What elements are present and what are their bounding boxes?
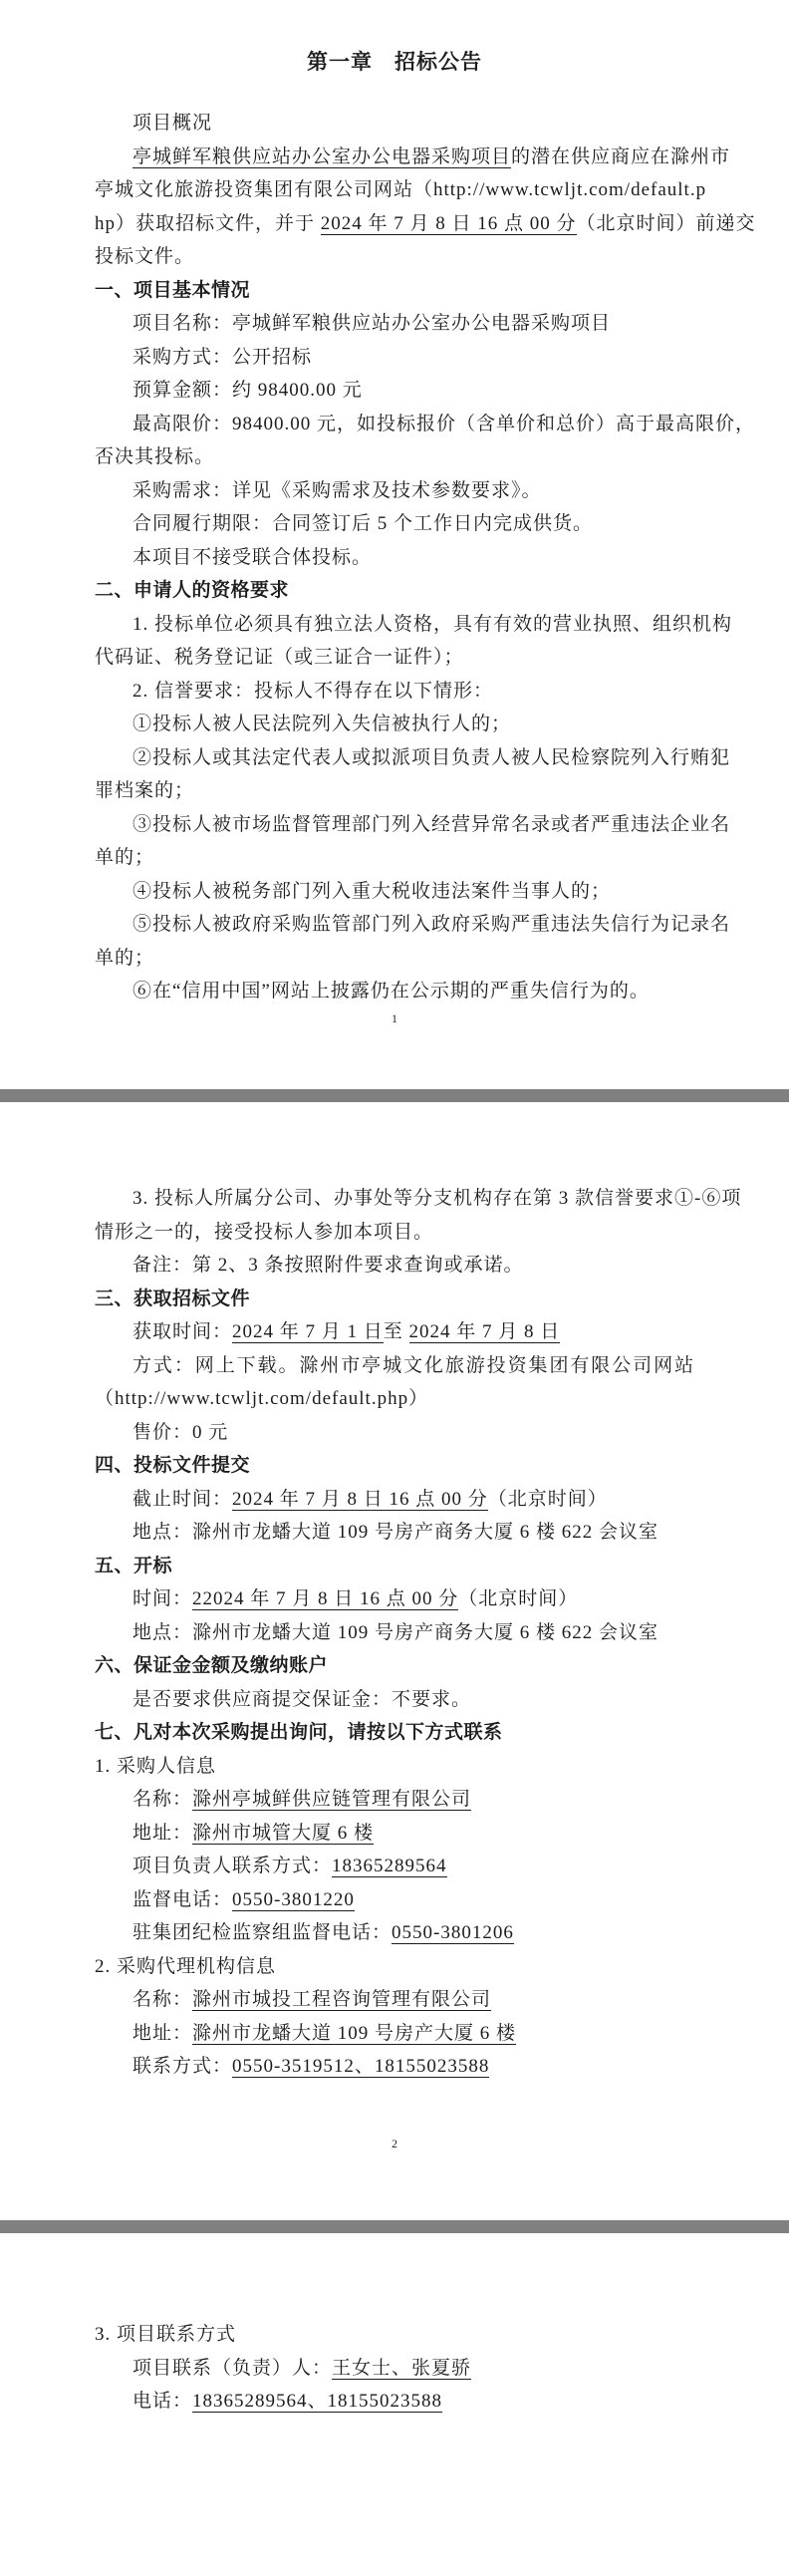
text-line: 最高限价：98400.00 元，如投标报价（含单价和总价）高于最高限价， bbox=[95, 408, 694, 441]
text-segment: 六、保证金金额及缴纳账户 bbox=[95, 1654, 328, 1676]
text-line: 情形之一的，接受投标人参加本项目。 bbox=[95, 1216, 694, 1250]
text-segment: 采购需求：详见《采购需求及技术参数要求》。 bbox=[132, 480, 542, 501]
text-segment: 本项目不接受联合体投标。 bbox=[132, 547, 372, 568]
underlined-text: 0550-3801206 bbox=[392, 1922, 514, 1944]
text-segment: ⑥在“信用中国”网站上披露仍在公示期的严重失信行为的。 bbox=[132, 981, 650, 1002]
text-segment: 3. 投标人所属分公司、办事处等分支机构存在第 3 款信誉要求①-⑥项 bbox=[132, 1188, 741, 1209]
text-line: 售价：0 元 bbox=[95, 1416, 694, 1450]
underlined-text: 0550-3801220 bbox=[232, 1889, 355, 1911]
text-segment: 合同履行期限：合同签订后 5 个工作日内完成供货。 bbox=[132, 513, 593, 534]
text-segment: 驻集团纪检监察组监督电话： bbox=[132, 1922, 392, 1943]
text-line: 地点：滁州市龙蟠大道 109 号房产商务大厦 6 楼 622 会议室 bbox=[95, 1516, 694, 1550]
text-line: 1. 采购人信息 bbox=[95, 1750, 694, 1784]
text-line: 1. 投标单位必须具有独立法人资格，具有有效的营业执照、组织机构 bbox=[95, 608, 694, 642]
text-line: 名称：滁州市城投工程咨询管理有限公司 bbox=[95, 1983, 694, 2017]
text-line: 截止时间：2024 年 7 月 8 日 16 点 00 分（北京时间） bbox=[95, 1483, 694, 1517]
text-line: ②投标人或其法定代表人或拟派项目负责人被人民检察院列入行贿犯 bbox=[95, 741, 694, 775]
underlined-text: 滁州亭城鲜供应链管理有限公司 bbox=[192, 1789, 471, 1811]
text-segment: ⑤投标人被政府采购监管部门列入政府采购严重违法失信行为记录名 bbox=[132, 914, 730, 935]
text-segment: 情形之一的，接受投标人参加本项目。 bbox=[95, 1222, 433, 1243]
text-line: 项目联系（负责）人：王女士、张夏骄 bbox=[95, 2352, 694, 2386]
text-line: 本项目不接受联合体投标。 bbox=[95, 541, 694, 575]
text-segment: 代码证、税务登记证（或三证合一证件）； bbox=[95, 647, 464, 668]
text-segment: 地点：滁州市龙蟠大道 109 号房产商务大厦 6 楼 622 会议室 bbox=[132, 1522, 658, 1543]
text-segment: hp）获取招标文件，并于 bbox=[95, 213, 321, 234]
text-segment: （北京时间） bbox=[458, 1588, 578, 1609]
section-heading: 四、投标文件提交 bbox=[95, 1449, 694, 1483]
underlined-text: 0550-3519512、18155023588 bbox=[232, 2056, 489, 2078]
underlined-text: 滁州市龙蟠大道 109 号房产大厦 6 楼 bbox=[192, 2023, 516, 2045]
text-line: 项目概况 bbox=[95, 107, 694, 141]
text-line: 代码证、税务登记证（或三证合一证件）； bbox=[95, 641, 694, 675]
text-segment: 项目负责人联系方式： bbox=[132, 1856, 332, 1876]
text-line: ⑤投标人被政府采购监管部门列入政府采购严重违法失信行为记录名 bbox=[95, 908, 694, 942]
text-line: ⑥在“信用中国”网站上披露仍在公示期的严重失信行为的。 bbox=[95, 975, 694, 1008]
text-line: 3. 投标人所属分公司、办事处等分支机构存在第 3 款信誉要求①-⑥项 bbox=[95, 1182, 694, 1216]
page-1-content: 项目概况亭城鲜军粮供应站办公室办公电器采购项目的潜在供应商应在滁州市亭城文化旅游… bbox=[0, 107, 789, 1008]
text-segment: 投标文件。 bbox=[95, 246, 194, 267]
text-line: 是否要求供应商提交保证金：不要求。 bbox=[95, 1683, 694, 1717]
text-segment: 备注：第 2、3 条按照附件要求查询或承诺。 bbox=[132, 1255, 524, 1276]
text-segment: 1. 采购人信息 bbox=[95, 1756, 216, 1777]
text-segment: 项目概况 bbox=[132, 113, 212, 134]
text-segment: 获取时间： bbox=[132, 1321, 232, 1342]
text-line: 罪档案的； bbox=[95, 774, 694, 808]
text-segment: 罪档案的； bbox=[95, 780, 194, 801]
section-heading: 七、凡对本次采购提出询问，请按以下方式联系 bbox=[95, 1716, 694, 1750]
text-segment: 是否要求供应商提交保证金：不要求。 bbox=[132, 1689, 471, 1710]
underlined-text: 滁州市城投工程咨询管理有限公司 bbox=[192, 1989, 491, 2011]
page-3-content: 3. 项目联系方式项目联系（负责）人：王女士、张夏骄电话：18365289564… bbox=[0, 2318, 789, 2419]
text-line: 地址：滁州市龙蟠大道 109 号房产大厦 6 楼 bbox=[95, 2017, 694, 2051]
underlined-text: 2024 年 7 月 8 日 bbox=[409, 1321, 561, 1343]
text-line: 时间：22024 年 7 月 8 日 16 点 00 分（北京时间） bbox=[95, 1582, 694, 1616]
document-title: 第一章 招标公告 bbox=[0, 45, 789, 79]
text-segment: 截止时间： bbox=[132, 1489, 232, 1510]
text-line: 亭城文化旅游投资集团有限公司网站（http://www.tcwljt.com/d… bbox=[95, 173, 694, 207]
text-segment: 单的； bbox=[95, 847, 154, 868]
text-segment: 名称： bbox=[132, 1989, 192, 2010]
text-segment: 时间： bbox=[132, 1588, 192, 1609]
underlined-text: 18365289564 bbox=[332, 1856, 447, 1877]
text-segment: 监督电话： bbox=[132, 1889, 232, 1910]
page-number: 2 bbox=[0, 2136, 789, 2151]
section-heading: 一、项目基本情况 bbox=[95, 274, 694, 308]
underlined-text: 王女士、张夏骄 bbox=[332, 2358, 471, 2380]
text-line: 项目名称：亭城鲜军粮供应站办公室办公电器采购项目 bbox=[95, 307, 694, 341]
text-segment: （http://www.tcwljt.com/default.php） bbox=[95, 1388, 428, 1409]
underlined-text: 22024 年 7 月 8 日 16 点 00 分 bbox=[192, 1588, 458, 1610]
page-number: 1 bbox=[0, 1010, 789, 1026]
text-segment: 最高限价：98400.00 元，如投标报价（含单价和总价）高于最高限价， bbox=[132, 414, 755, 434]
text-segment: 售价：0 元 bbox=[132, 1422, 228, 1443]
text-line: 采购方式：公开招标 bbox=[95, 341, 694, 375]
text-segment: 亭城文化旅游投资集团有限公司网站（http://www.tcwljt.com/d… bbox=[95, 179, 706, 200]
text-segment: 2. 采购代理机构信息 bbox=[95, 1956, 276, 1977]
underlined-text: 2024 年 7 月 8 日 16 点 00 分 bbox=[321, 213, 577, 235]
text-segment: ②投标人或其法定代表人或拟派项目负责人被人民检察院列入行贿犯 bbox=[132, 747, 730, 768]
text-segment: 3. 项目联系方式 bbox=[95, 2324, 236, 2345]
text-line: 3. 项目联系方式 bbox=[95, 2318, 694, 2352]
text-line: 联系方式：0550-3519512、18155023588 bbox=[95, 2050, 694, 2084]
text-segment: 方式：网上下载。滁州市亭城文化旅游投资集团有限公司网站 bbox=[132, 1355, 694, 1376]
document-viewer: 第一章 招标公告 项目概况亭城鲜军粮供应站办公室办公电器采购项目的潜在供应商应在… bbox=[0, 0, 789, 2576]
section-heading: 二、申请人的资格要求 bbox=[95, 574, 694, 608]
text-segment: ③投标人被市场监督管理部门列入经营异常名录或者严重违法企业名 bbox=[132, 814, 730, 835]
text-line: 亭城鲜军粮供应站办公室办公电器采购项目的潜在供应商应在滁州市 bbox=[95, 141, 694, 174]
text-segment: 电话： bbox=[132, 2391, 192, 2412]
text-segment: 地址： bbox=[132, 2023, 192, 2044]
text-line: 方式：网上下载。滁州市亭城文化旅游投资集团有限公司网站 bbox=[95, 1349, 694, 1383]
text-segment: 二、申请人的资格要求 bbox=[95, 579, 289, 601]
section-heading: 六、保证金金额及缴纳账户 bbox=[95, 1649, 694, 1683]
text-segment: 采购方式：公开招标 bbox=[132, 347, 312, 368]
text-segment: 1. 投标单位必须具有独立法人资格，具有有效的营业执照、组织机构 bbox=[132, 614, 732, 635]
page-separator bbox=[0, 2220, 789, 2233]
text-line: 备注：第 2、3 条按照附件要求查询或承诺。 bbox=[95, 1249, 694, 1283]
text-line: 项目负责人联系方式：18365289564 bbox=[95, 1850, 694, 1883]
text-line: 投标文件。 bbox=[95, 240, 694, 274]
text-segment: 的潜在供应商应在滁州市 bbox=[511, 146, 730, 167]
text-line: ④投标人被税务部门列入重大税收违法案件当事人的； bbox=[95, 875, 694, 909]
text-segment: 地点：滁州市龙蟠大道 109 号房产商务大厦 6 楼 622 会议室 bbox=[132, 1622, 658, 1643]
text-segment: 地址： bbox=[132, 1823, 192, 1844]
text-line: 采购需求：详见《采购需求及技术参数要求》。 bbox=[95, 474, 694, 508]
text-segment: 五、开标 bbox=[95, 1555, 172, 1576]
text-line: 驻集团纪检监察组监督电话：0550-3801206 bbox=[95, 1916, 694, 1950]
text-line: ③投标人被市场监督管理部门列入经营异常名录或者严重违法企业名 bbox=[95, 808, 694, 842]
document-page-2: 3. 投标人所属分公司、办事处等分支机构存在第 3 款信誉要求①-⑥项情形之一的… bbox=[0, 1102, 789, 2220]
text-line: hp）获取招标文件，并于 2024 年 7 月 8 日 16 点 00 分（北京… bbox=[95, 207, 694, 241]
text-segment: ④投标人被税务部门列入重大税收违法案件当事人的； bbox=[132, 881, 611, 902]
text-segment: （北京时间）前递交 bbox=[577, 213, 756, 234]
text-segment: ①投标人被人民法院列入失信被执行人的； bbox=[132, 714, 511, 734]
section-heading: 五、开标 bbox=[95, 1550, 694, 1583]
underlined-text: 2024 年 7 月 8 日 16 点 00 分 bbox=[232, 1489, 488, 1511]
text-line: 名称：滁州亭城鲜供应链管理有限公司 bbox=[95, 1783, 694, 1817]
text-line: 电话：18365289564、18155023588 bbox=[95, 2385, 694, 2419]
document-page-1: 第一章 招标公告 项目概况亭城鲜军粮供应站办公室办公电器采购项目的潜在供应商应在… bbox=[0, 0, 789, 1089]
underlined-text: 18365289564、18155023588 bbox=[192, 2391, 442, 2413]
text-segment: 单的； bbox=[95, 948, 154, 969]
text-segment: 四、投标文件提交 bbox=[95, 1454, 250, 1476]
underlined-text: 亭城鲜军粮供应站办公室办公电器采购项目 bbox=[132, 146, 511, 168]
text-line: 2. 采购代理机构信息 bbox=[95, 1950, 694, 1984]
text-line: （http://www.tcwljt.com/default.php） bbox=[95, 1382, 694, 1416]
text-line: 地点：滁州市龙蟠大道 109 号房产商务大厦 6 楼 622 会议室 bbox=[95, 1616, 694, 1650]
text-segment: 项目联系（负责）人： bbox=[132, 2358, 332, 2379]
underlined-text: 2024 年 7 月 1 日 bbox=[232, 1321, 384, 1343]
text-line: 地址：滁州市城管大厦 6 楼 bbox=[95, 1817, 694, 1851]
text-segment: （北京时间） bbox=[488, 1489, 608, 1510]
text-line: 预算金额：约 98400.00 元 bbox=[95, 374, 694, 408]
text-segment: 至 bbox=[384, 1321, 409, 1342]
text-line: 获取时间：2024 年 7 月 1 日至 2024 年 7 月 8 日 bbox=[95, 1315, 694, 1349]
text-segment: 三、获取招标文件 bbox=[95, 1288, 250, 1309]
text-segment: 项目名称：亭城鲜军粮供应站办公室办公电器采购项目 bbox=[132, 313, 611, 334]
text-segment: 预算金额：约 98400.00 元 bbox=[132, 380, 363, 401]
text-line: 监督电话：0550-3801220 bbox=[95, 1883, 694, 1917]
document-page-3: 3. 项目联系方式项目联系（负责）人：王女士、张夏骄电话：18365289564… bbox=[0, 2233, 789, 2576]
text-segment: 2. 信誉要求：投标人不得存在以下情形： bbox=[132, 681, 493, 702]
text-line: 单的； bbox=[95, 841, 694, 875]
text-segment: 联系方式： bbox=[132, 2056, 232, 2077]
page-separator bbox=[0, 1089, 789, 1102]
page-2-content: 3. 投标人所属分公司、办事处等分支机构存在第 3 款信誉要求①-⑥项情形之一的… bbox=[0, 1182, 789, 2084]
text-segment: 七、凡对本次采购提出询问，请按以下方式联系 bbox=[95, 1721, 503, 1743]
text-segment: 名称： bbox=[132, 1789, 192, 1810]
text-line: ①投标人被人民法院列入失信被执行人的； bbox=[95, 708, 694, 741]
underlined-text: 滁州市城管大厦 6 楼 bbox=[192, 1823, 374, 1845]
text-line: 2. 信誉要求：投标人不得存在以下情形： bbox=[95, 675, 694, 709]
section-heading: 三、获取招标文件 bbox=[95, 1283, 694, 1316]
text-line: 否决其投标。 bbox=[95, 440, 694, 474]
text-line: 单的； bbox=[95, 942, 694, 976]
text-segment: 一、项目基本情况 bbox=[95, 279, 250, 301]
text-line: 合同履行期限：合同签订后 5 个工作日内完成供货。 bbox=[95, 507, 694, 541]
text-segment: 否决其投标。 bbox=[95, 446, 214, 467]
